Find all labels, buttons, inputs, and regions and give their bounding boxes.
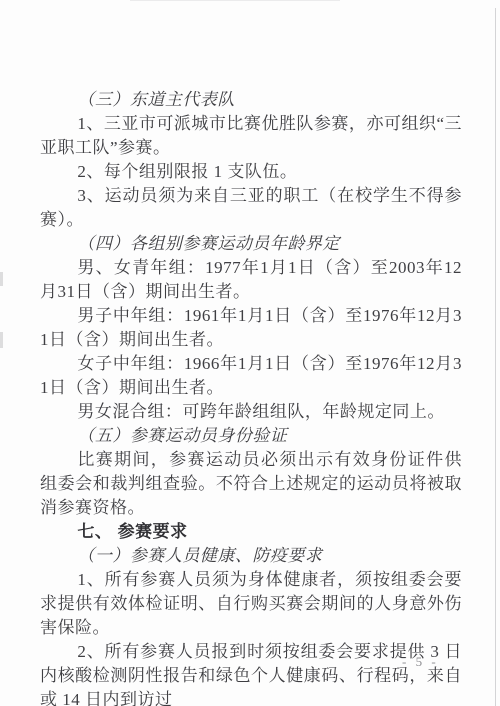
paragraph: 男、女青年组：1977年1月1日（含）至2003年12月31日（含）期间出生者。 <box>40 256 462 304</box>
scan-edge <box>495 8 496 706</box>
paragraph: 女子中年组：1966年1月1日（含）至1976年12月31日（含）期间出生者。 <box>40 352 462 400</box>
document-body: （三）东道主代表队 1、三亚市可派城市比赛优胜队参赛，亦可组织“三亚职工队”参赛… <box>40 88 462 706</box>
section-heading: 七、 参赛要求 <box>40 520 462 544</box>
paragraph: 比赛期间，参赛运动员必须出示有效身份证件供组委会和裁判组查验。不符合上述规定的运… <box>40 448 462 520</box>
subsection-heading: （五）参赛运动员身份验证 <box>40 424 462 448</box>
paragraph: 男子中年组：1961年1月1日（含）至1976年12月31日（含）期间出生者。 <box>40 304 462 352</box>
paragraph: 1、三亚市可派城市比赛优胜队参赛，亦可组织“三亚职工队”参赛。 <box>40 112 462 160</box>
page-number: - 5 - <box>402 654 439 670</box>
subsection-heading: （三）东道主代表队 <box>40 88 462 112</box>
scan-artifact <box>0 272 3 286</box>
scanned-document-page: （三）东道主代表队 1、三亚市可派城市比赛优胜队参赛，亦可组织“三亚职工队”参赛… <box>0 0 500 706</box>
paragraph: 2、每个组别限报 1 支队伍。 <box>40 160 462 184</box>
paragraph: 2、所有参赛人员报到时须按组委会要求提供 3 日内核酸检测阴性报告和绿色个人健康… <box>40 640 462 706</box>
paragraph: 3、运动员须为来自三亚的职工（在校学生不得参赛）。 <box>40 184 462 232</box>
paragraph: 男女混合组：可跨年龄组组队，年龄规定同上。 <box>40 400 462 424</box>
scan-artifact <box>130 0 340 1</box>
subsection-heading: （四）各组别参赛运动员年龄界定 <box>40 232 462 256</box>
scan-artifact <box>0 332 3 348</box>
paragraph: 1、所有参赛人员须为身体健康者，须按组委会要求提供有效体检证明、自行购买赛会期间… <box>40 568 462 640</box>
subsection-heading: （一）参赛人员健康、防疫要求 <box>40 544 462 568</box>
